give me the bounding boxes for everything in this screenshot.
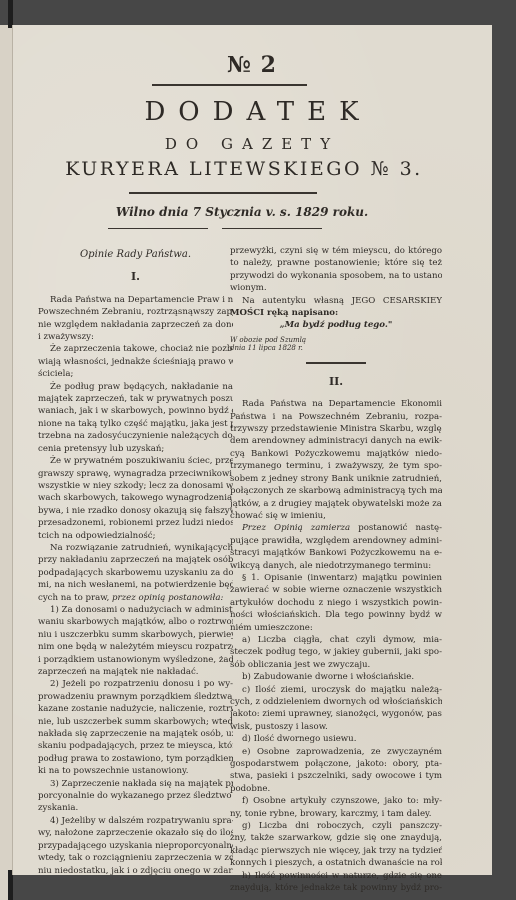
text-line: wy, nałożone zaprzeczenie okazało się do…	[38, 827, 233, 839]
text-line: stracyi majątków Bankowi Pożyczkowemu na…	[230, 547, 442, 559]
text-line: niu i uszczerbku summ skarbowych, pierwi…	[38, 629, 233, 641]
text-line: niém umieszczone:	[230, 622, 442, 634]
masthead-rule-bottom	[129, 192, 317, 194]
text-line: waniach, jak i w skarbowych, powinno byd…	[38, 405, 233, 417]
authentic-note: Na autentyku własną JEGO CESARSKIEY	[230, 295, 442, 307]
text-line: 2) Jeżeli po rozpatrzeniu donosu i po wy…	[38, 678, 233, 690]
column-rule-right	[222, 228, 322, 229]
text-line: wszystkie w niey szkody; lecz za donosam…	[38, 480, 233, 492]
text-line: nie, lub uszczerbek summ skarbowych; wte…	[38, 716, 233, 728]
section-heading: Opinie Rady Państwa.	[38, 249, 233, 261]
text-line: artykułów dochodu z niego i wszystkich p…	[230, 597, 442, 609]
text-line: wtedy, tak o rozciągnieniu zaprzeczenia …	[38, 852, 233, 864]
text-line: trzebna na zadosyćuczynienie należących …	[38, 430, 233, 442]
text-line: jakoto: ziemi uprawney, sianożęci, wygon…	[230, 708, 442, 720]
text-line: dem arendowney administracyi danych na e…	[230, 435, 442, 447]
text-line: znaydują, które jednakże tak powinny byd…	[230, 882, 442, 894]
text-line: Przez Opinią zamierza postanowić nastę-	[230, 522, 442, 534]
text-line: podpadających skarbowemu uzyskaniu za do…	[38, 567, 233, 579]
text-line: jątków, a z drugiey majątek obywatelski …	[230, 498, 442, 510]
text-line: nim one będą w należytém mieyscu rozpatr…	[38, 641, 233, 653]
text-line: grawszy sprawę, wynagradza przeciwnikowi…	[38, 468, 233, 480]
text-line: waniu skarbowych majątków, albo o roztrw…	[38, 616, 233, 628]
text-line: przypadającego uzyskania nieproporcyonal…	[38, 840, 233, 852]
section-divider	[306, 362, 366, 364]
text-line: b) Zabudowanie dworne i włościańskie.	[230, 671, 442, 683]
text-line: e) Osobne zaprowadzenia, ze zwyczayném	[230, 746, 442, 758]
text-line: tcich na odpowiedzialność;	[38, 530, 233, 542]
section-number: I.	[38, 271, 233, 283]
text-line: przewyżki, czyni się w tém mieyscu, do k…	[230, 245, 442, 257]
text-line: to należy, prawne postanowienie; które s…	[230, 257, 442, 269]
text-line: c) Ilość ziemi, uroczysk do majątku nale…	[230, 684, 442, 696]
text-line: Rada Państwa na Departamencie Praw i na	[38, 294, 233, 306]
text-line: Że zaprzeczenia takowe, chociaż nie pozb…	[38, 343, 233, 355]
text-line: a) Liczba ciągła, chat czyli dymow, mia-	[230, 634, 442, 646]
text-line: kładąc pierwszych nie więcey, jak trzy n…	[230, 845, 442, 857]
text-line: nie względem nakładania zaprzeczeń za do…	[38, 319, 233, 331]
text-line: i porządkiem ustanowionym wyśledzone, ża…	[38, 654, 233, 666]
text-line: niu niedostatku, jak i o zdjęciu onego w…	[38, 865, 233, 877]
title-main: DODATEK	[12, 97, 492, 127]
place-note-line: W obozie pod Szumlą	[230, 336, 442, 344]
text-line: cyą Bankowi Pożyczkowemu majątków niedo-	[230, 448, 442, 460]
text-line: 3) Zaprzeczenie nakłada się na majątek p…	[38, 778, 233, 790]
text-line: sobem z jedney strony Bank uniknie zatru…	[230, 473, 442, 485]
text-line: ki na to powszechnie ustanowiony.	[38, 765, 233, 777]
column-left-text: Rada Państwa na Departamencie Praw i naP…	[38, 294, 233, 877]
date-note-line: dnia 11 lipca 1828 r.	[230, 344, 442, 352]
text-line: ny, tonie rybne, browary, karczmy, i tam…	[230, 808, 442, 820]
text-line: konnych i pieszych, a ostatnich dwanaści…	[230, 857, 442, 869]
text-line: kazane zostanie nadużycie, naliczenie, r…	[38, 703, 233, 715]
column-left: Opinie Rady Państwa. I. Rada Państwa na …	[38, 245, 233, 877]
text-line: przywodzi do wykonania sposobem, na to u…	[230, 270, 442, 282]
imperial-quote: „Ma bydź podług tego."	[230, 319, 442, 331]
place-note: W obozie pod Szumlą dnia 11 lipca 1828 r…	[230, 336, 442, 352]
text-line: bywa, i nie rzadko donosy okazują się fa…	[38, 505, 233, 517]
column-right-text: Rada Państwa na Departamencie EkonomiiPa…	[230, 398, 442, 894]
text-line: połączonych ze skarbową administracyą ty…	[230, 485, 442, 497]
text-line: Rada Państwa na Departamencie Ekonomii	[230, 398, 442, 410]
authentic-note-2: MOŚCI ręką napisano:	[230, 307, 442, 319]
section-number-2: II.	[230, 376, 442, 388]
text-line: stwa, pasieki i pszczelniki, sady owocow…	[230, 770, 442, 782]
text-line: cenia pretensyy lub uzyskań;	[38, 443, 233, 455]
binding-edge-top	[8, 0, 13, 28]
text-line: Państwa i na Powszechném Zebraniu, rozpa…	[230, 411, 442, 423]
text-line: d) Ilość dwornego usiewu.	[230, 733, 442, 745]
text-line: chować się w imieniu,	[230, 510, 442, 522]
text-line: g) Liczba dni roboczych, czyli panszczy-	[230, 820, 442, 832]
text-line: ności włościańskich. Dla tego powinny by…	[230, 609, 442, 621]
column-right-continuation: przewyżki, czyni się w tém mieyscu, do k…	[230, 245, 442, 295]
text-line: h) Ilość powinności w naturze, gdzie się…	[230, 870, 442, 882]
text-line: Że podług praw będących, nakładanie na	[38, 381, 233, 393]
text-line: przesadzonemi, robionemi przez ludzi nie…	[38, 517, 233, 529]
text-line: Powszechném Zebraniu, roztrząsnąwszy zap…	[38, 306, 233, 318]
text-line: zawierać w sobie wierne oznaczenie wszys…	[230, 584, 442, 596]
text-line: Na rozwiązanie zatrudnień, wynikających	[38, 542, 233, 554]
text-line: prowadzeniu prawnym porządkiem śledztwa,…	[38, 691, 233, 703]
text-line: wikcyą danych, ale niedotrzymanego termi…	[230, 560, 442, 572]
text-line: Że w prywatném poszukiwaniu ściec, prze-	[38, 455, 233, 467]
text-line: nione na taką tylko część majątku, jaka …	[38, 418, 233, 430]
text-line: 4) Jeżeliby w dalszém rozpatrywaniu spra…	[38, 815, 233, 827]
text-line: pujące prawidła, względem arendowney adm…	[230, 535, 442, 547]
text-line: wiają własności, jednakże ścieśniają pra…	[38, 356, 233, 368]
text-line: podług prawa to zostawiono, tym porządki…	[38, 753, 233, 765]
text-line: trzywszy przedstawienie Ministra Skarbu,…	[230, 423, 442, 435]
issue-number: № 2	[12, 52, 492, 78]
text-line: ściciela;	[38, 368, 233, 380]
dateline: Wilno dnia 7 Stycznia v. s. 1829 roku.	[12, 205, 472, 219]
text-line: wach skarbowych, takowego wynagrodzenia …	[38, 492, 233, 504]
text-line: sób obliczania jest we zwyczaju.	[230, 659, 442, 671]
text-line: f) Osobne artykuły czynszowe, jako to: m…	[230, 795, 442, 807]
text-line: majątek zaprzeczeń, tak w prywatnych pos…	[38, 393, 233, 405]
newspaper-page: № 2 DODATEK DO GAZETY KURYERA LITEWSKIEG…	[12, 25, 492, 875]
text-line: i zważywszy:	[38, 331, 233, 343]
text-line: cych, z oddzieleniem dwornych od włościa…	[230, 696, 442, 708]
text-line: zny, także szarwarkow, gdzie się one zna…	[230, 832, 442, 844]
masthead-rule-top	[152, 84, 307, 86]
title-sub: DO GAZETY	[12, 135, 492, 153]
text-line: skaniu podpadających, przez te mieysca, …	[38, 740, 233, 752]
text-line: przy nakładaniu zaprzeczeń na majątek os…	[38, 554, 233, 566]
text-line: wionym.	[230, 282, 442, 294]
text-line: steczek podług tego, w jakiey gubernii, …	[230, 646, 442, 658]
text-line: zaprzeczeń na majątek nie nakładać.	[38, 666, 233, 678]
book-spine	[0, 25, 12, 900]
text-line: § 1. Opisanie (inwentarz) majątku powini…	[230, 572, 442, 584]
text-line: porcyonalnie do wykazanego przez śledztw…	[38, 790, 233, 802]
text-line: 1) Za donosami o nadużyciach w administr…	[38, 604, 233, 616]
text-line: cych na to praw, przez opinią postanowił…	[38, 592, 233, 604]
text-line: gospodarstwem połączone, jakoto: obory, …	[230, 758, 442, 770]
text-line: podobne.	[230, 783, 442, 795]
text-line: zyskania.	[38, 802, 233, 814]
text-line: wisk, pustoszy i lasow.	[230, 721, 442, 733]
column-right: przewyżki, czyni się w tém mieyscu, do k…	[230, 245, 442, 895]
newspaper-title: KURYERA LITEWSKIEGO № 3.	[12, 158, 476, 180]
text-line: mi, na nich wesłanemi, na potwierdzenie …	[38, 579, 233, 591]
text-line: trzymanego terminu, i zważywszy, że tym …	[230, 460, 442, 472]
column-rule-left	[108, 228, 208, 229]
text-line: nakłada się zaprzeczenie na majątek osób…	[38, 728, 233, 740]
